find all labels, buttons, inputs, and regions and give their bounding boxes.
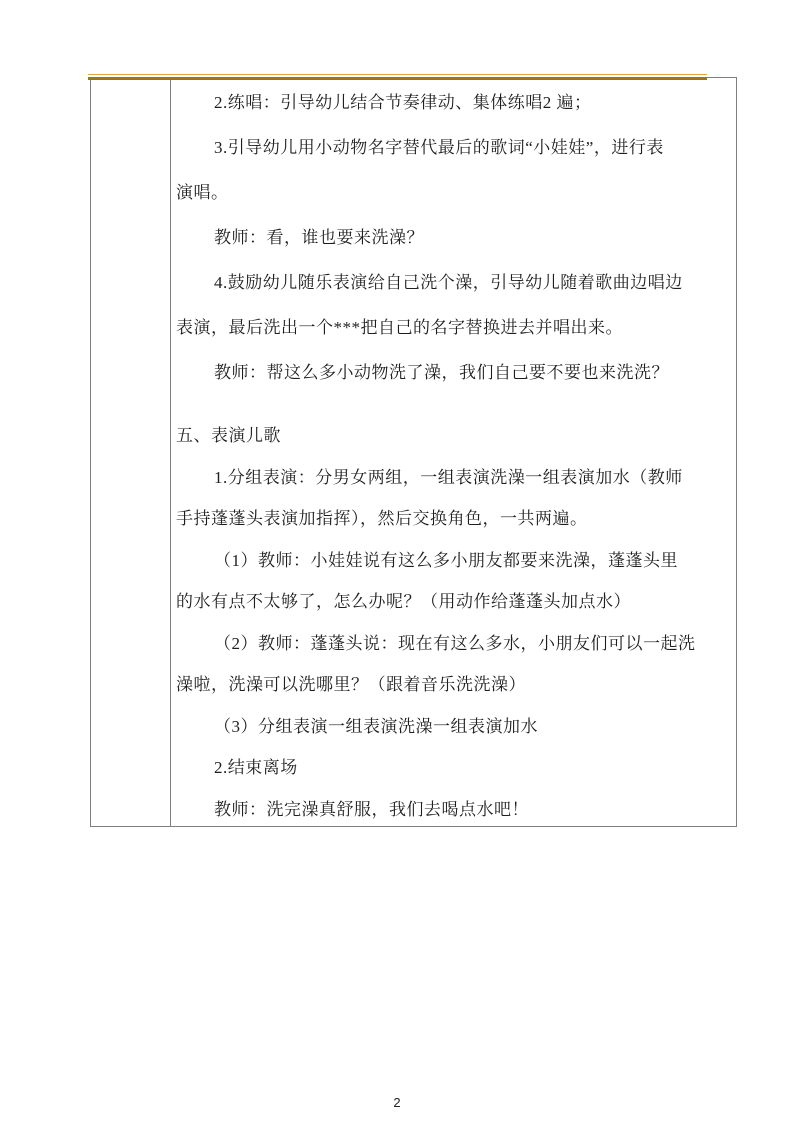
- document-page: 2.练唱：引导幼儿结合节奏律动、集体练唱2 遍；3.引导幼儿用小动物名字替代最后…: [0, 0, 794, 1123]
- text-line: （2）教师：蓬蓬头说：现在有这么多水，小朋友们可以一起洗: [176, 621, 732, 663]
- table-content-column: 2.练唱：引导幼儿结合节奏律动、集体练唱2 遍；3.引导幼儿用小动物名字替代最后…: [171, 78, 736, 826]
- text-line: 4.鼓励幼儿随乐表演给自己洗个澡，引导幼儿随着歌曲边唱边: [176, 258, 732, 303]
- text-line: 澡啦，洗澡可以洗哪里？（跟着音乐洗洗澡）: [176, 662, 732, 704]
- text-line: 2.练唱：引导幼儿结合节奏律动、集体练唱2 遍；: [176, 78, 732, 123]
- blank-line: [176, 393, 732, 413]
- text-line: 五、表演儿歌: [176, 413, 732, 455]
- text-line: （1）教师：小娃娃说有这么多小朋友都要来洗澡，蓬蓬头里: [176, 538, 732, 580]
- header-rule-thick-line: [88, 77, 707, 80]
- text-line: 1.分组表演：分男女两组，一组表演洗澡一组表演加水（教师: [176, 455, 732, 497]
- text-line: 2.结束离场: [176, 745, 732, 787]
- page-number: 2: [0, 1095, 794, 1110]
- text-line: （3）分组表演一组表演洗澡一组表演加水: [176, 704, 732, 746]
- table-left-column: [91, 78, 171, 826]
- text-line: 的水有点不太够了，怎么办呢？（用动作给蓬蓬头加点水）: [176, 579, 732, 621]
- lesson-plan-table: 2.练唱：引导幼儿结合节奏律动、集体练唱2 遍；3.引导幼儿用小动物名字替代最后…: [90, 77, 737, 827]
- text-line: 教师：帮这么多小动物洗了澡，我们自己要不要也来洗洗？: [176, 348, 732, 393]
- text-line: 手持蓬蓬头表演加指挥），然后交换角色，一共两遍。: [176, 496, 732, 538]
- text-line: 教师：洗完澡真舒服，我们去喝点水吧！: [176, 787, 732, 827]
- text-line: 演唱。: [176, 168, 732, 213]
- text-line: 教师：看，谁也要来洗澡？: [176, 213, 732, 258]
- header-rule: [88, 74, 707, 80]
- text-line: 3.引导幼儿用小动物名字替代最后的歌词“小娃娃”，进行表: [176, 123, 732, 168]
- text-line: 表演，最后洗出一个***把自己的名字替换进去并唱出来。: [176, 303, 732, 348]
